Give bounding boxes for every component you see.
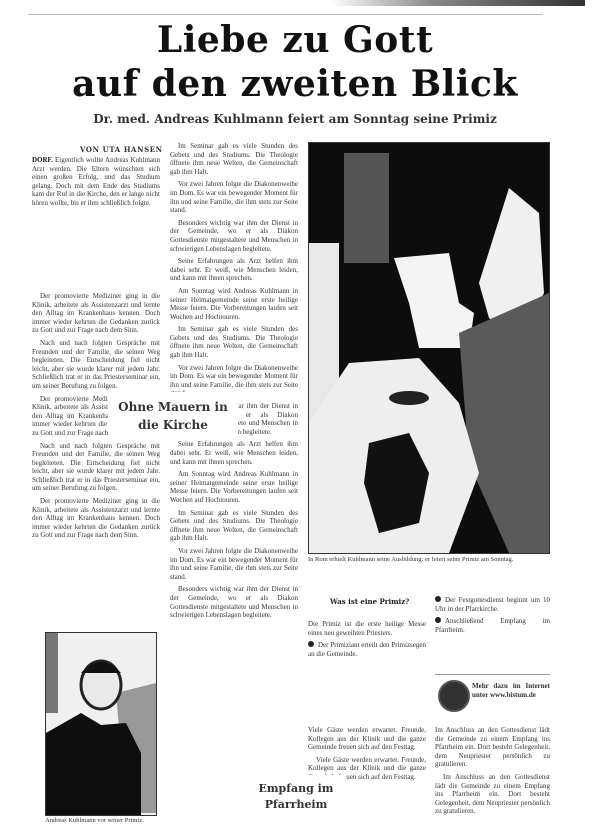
infobox-right: Der Festgottesdienst beginnt um 10 Uhr i…: [435, 596, 550, 666]
paragraph: Seine Erfahrungen als Arzt helfen ihm da…: [170, 257, 298, 283]
paragraph: Im Anschluss an den Gottesdienst lädt di…: [435, 726, 550, 769]
page-edge-shadow: [330, 0, 585, 6]
headline-line-2: auf den zweiten Blick: [30, 62, 560, 106]
main-photo-caption: In Rom erhielt Kuhlmann seine Ausbildung…: [308, 556, 548, 564]
bullet-icon: [435, 617, 441, 623]
paragraph: Im Seminar gab es viele Stunden des Gebe…: [170, 142, 298, 176]
portrait-caption: Andreas Kuhlmann vor seiner Primiz.: [45, 817, 155, 825]
paragraph: Vor zwei Jahren folgte die Diakonenweihe…: [170, 180, 298, 214]
infobox-bullet: Der Primiziant erteilt den Primizsegen a…: [308, 641, 426, 658]
lead-paragraph: DORF. Eigentlich wollte Andreas Kuhlmann…: [32, 156, 160, 208]
pull-quote-1: Ohne Mauern in die Kirche: [108, 392, 238, 440]
subheadline: Dr. med. Andreas Kuhlmann feiert am Sonn…: [30, 112, 560, 126]
column-middle: Im Seminar gab es viele Stunden des Gebe…: [170, 142, 298, 840]
paragraph: Der promovierte Mediziner ging in die Kl…: [32, 292, 160, 335]
infobox-intro: Die Primiz ist die erste heilige Messe e…: [308, 620, 426, 637]
bullet-icon: [435, 596, 441, 602]
portrait-photo: [45, 632, 157, 816]
paragraph: Nach und nach folgten Gespräche mit Freu…: [32, 339, 160, 391]
portrait-illustration: [46, 633, 156, 815]
photo-illustration: [309, 143, 549, 553]
paragraph: Nach und nach folgten Gespräche mit Freu…: [32, 442, 160, 494]
diocese-emblem-icon: [438, 680, 470, 712]
headline: Liebe zu Gott auf den zweiten Blick: [30, 18, 560, 106]
paragraph: Im Seminar gab es viele Stunden des Gebe…: [170, 325, 298, 359]
infobox-badge-text: Mehr dazu im Internet unter www.bistum.d…: [472, 682, 550, 712]
paragraph: Besonders wichtig war ihm der Dienst in …: [170, 219, 298, 253]
column-left-mid: Der promovierte Mediziner ging in die Kl…: [32, 292, 160, 622]
column-left-top: DORF. Eigentlich wollte Andreas Kuhlmann…: [32, 156, 160, 276]
paragraph: Der promovierte Mediziner ging in die Kl…: [32, 497, 160, 540]
paragraph: Am Sonntag wird Andreas Kuhlmann in sein…: [170, 470, 298, 504]
infobox-divider: [435, 674, 550, 675]
paragraph: Am Sonntag wird Andreas Kuhlmann in sein…: [170, 287, 298, 321]
top-rule: [28, 14, 543, 15]
paragraph: Vor zwei Jahren folgte die Diakonenweihe…: [170, 547, 298, 581]
paragraph: Im Seminar gab es viele Stunden des Gebe…: [170, 509, 298, 543]
infobox-left: Die Primiz ist die erste heilige Messe e…: [308, 620, 426, 712]
paragraph: Viele Gäste werden erwartet. Freunde, Ko…: [308, 726, 426, 752]
paragraph: Seine Erfahrungen als Arzt helfen ihm da…: [170, 440, 298, 466]
paragraph: Im Anschluss an den Gottesdienst lädt di…: [435, 773, 550, 816]
bullet-icon: [308, 641, 314, 647]
infobox-heading: Was ist eine Primiz?: [330, 597, 420, 606]
pull-quote-2: Empfang im Pfarrheim: [246, 775, 346, 819]
byline: VON UTA HANSEN: [80, 145, 163, 154]
column-right-bottom-right: Im Anschluss an den Gottesdienst lädt di…: [435, 726, 550, 836]
infobox-bullet: Der Festgottesdienst beginnt um 10 Uhr i…: [435, 596, 550, 613]
paragraph: Besonders wichtig war ihm der Dienst in …: [170, 585, 298, 619]
main-photo: [308, 142, 550, 554]
infobox-bullet: Anschließend Empfang im Pfarrheim.: [435, 617, 550, 634]
headline-line-1: Liebe zu Gott: [30, 18, 560, 62]
